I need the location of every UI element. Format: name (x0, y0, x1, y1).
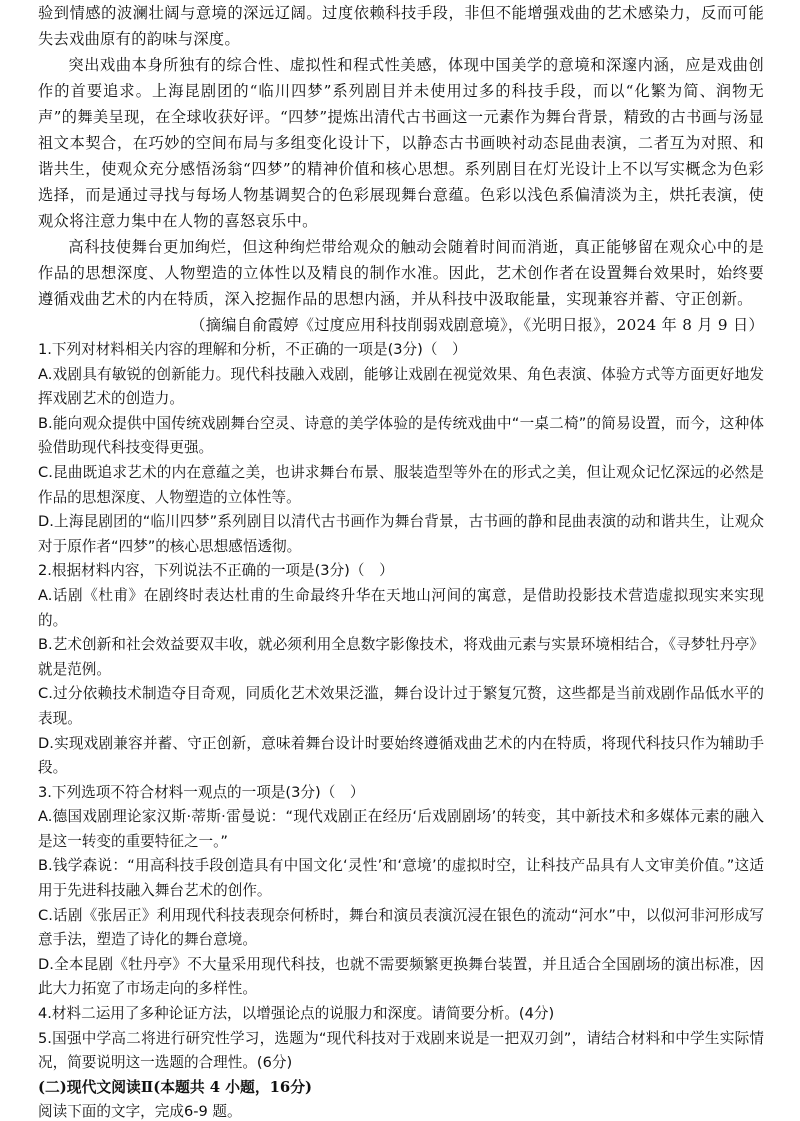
question-option-c: C.过分依赖技术制造夺目奇观，同质化艺术效果泛滥，舞台设计过于繁复冗赘，这些都是… (38, 682, 764, 731)
question-option-b: B.钱学森说：“用高科技手段创造具有中国文化‘灵性’和‘意境’的虚拟时空，让科技… (38, 854, 764, 903)
question-option-d: D.上海昆剧团的“临川四梦”系列剧目以清代古书画作为舞台背景，古书画的静和昆曲表… (38, 510, 764, 559)
question-option-c: C.昆曲既追求艺术的内在意蕴之美，也讲求舞台布景、服装造型等外在的形式之美，但让… (38, 461, 764, 510)
passage-paragraph-3: 高科技使舞台更加绚烂，但这种绚烂带给观众的触动会随着时间而消逝，真正能够留在观众… (38, 234, 764, 312)
passage-citation: （摘编自俞霞婷《过度应用科技削弱戏剧意境》，《光明日报》，2024 年 8 月 … (38, 312, 764, 338)
reading-passage: 验到情感的波澜壮阔与意境的深远辽阔。过度依赖科技手段，非但不能增强戏曲的艺术感染… (38, 0, 764, 312)
question-stem: 1.下列对材料相关内容的理解和分析，不正确的一项是(3分)（ ） (38, 338, 764, 363)
question-2: 2.根据材料内容，下列说法不正确的一项是(3分)（ ） A.话剧《杜甫》在剧终时… (38, 559, 764, 780)
section-heading: (二)现代文阅读Ⅱ(本题共 4 小题，16分) (38, 1076, 764, 1101)
question-option-a: A.戏剧具有敏锐的创新能力。现代科技融入戏剧，能够让戏剧在视觉效果、角色表演、体… (38, 363, 764, 412)
exam-page: 验到情感的波澜壮阔与意境的深远辽阔。过度依赖科技手段，非但不能增强戏曲的艺术感染… (38, 0, 764, 1121)
question-4: 4.材料二运用了多种论证方法，以增强论点的说服力和深度。请简要分析。(4分) (38, 1002, 764, 1027)
question-stem: 2.根据材料内容，下列说法不正确的一项是(3分)（ ） (38, 559, 764, 584)
question-1: 1.下列对材料相关内容的理解和分析，不正确的一项是(3分)（ ） A.戏剧具有敏… (38, 338, 764, 559)
question-list: 1.下列对材料相关内容的理解和分析，不正确的一项是(3分)（ ） A.戏剧具有敏… (38, 338, 764, 1076)
question-5: 5.国强中学高二将进行研究性学习，选题为“现代科技对于戏剧来说是一把双刃剑”，请… (38, 1027, 764, 1076)
question-stem: 5.国强中学高二将进行研究性学习，选题为“现代科技对于戏剧来说是一把双刃剑”，请… (38, 1027, 764, 1076)
question-option-a: A.话剧《杜甫》在剧终时表达杜甫的生命最终升华在天地山河间的寓意，是借助投影技术… (38, 584, 764, 633)
question-option-d: D.全本昆剧《牡丹亭》不大量采用现代科技，也就不需要频繁更换舞台装置，并且适合全… (38, 953, 764, 1002)
question-3: 3.下列选项不符合材料一观点的一项是(3分)（ ） A.德国戏剧理论家汉斯·蒂斯… (38, 781, 764, 1002)
question-option-d: D.实现戏剧兼容并蓄、守正创新，意味着舞台设计时要始终遵循戏曲艺术的内在特质，将… (38, 732, 764, 781)
question-stem: 4.材料二运用了多种论证方法，以增强论点的说服力和深度。请简要分析。(4分) (38, 1002, 764, 1027)
question-option-b: B.艺术创新和社会效益要双丰收，就必须利用全息数字影像技术，将戏曲元素与实景环境… (38, 633, 764, 682)
question-option-a: A.德国戏剧理论家汉斯·蒂斯·雷曼说：“现代戏剧正在经历‘后戏剧剧场’的转变，其… (38, 805, 764, 854)
section-instruction: 阅读下面的文字，完成6-9 题。 (38, 1100, 764, 1121)
question-stem: 3.下列选项不符合材料一观点的一项是(3分)（ ） (38, 781, 764, 806)
question-option-b: B.能向观众提供中国传统戏剧舞台空灵、诗意的美学体验的是传统戏曲中“一桌二椅”的… (38, 412, 764, 461)
passage-paragraph-1: 验到情感的波澜壮阔与意境的深远辽阔。过度依赖科技手段，非但不能增强戏曲的艺术感染… (38, 0, 764, 52)
question-option-c: C.话剧《张居正》利用现代科技表现奈何桥时，舞台和演员表演沉浸在银色的流动“河水… (38, 904, 764, 953)
passage-paragraph-2: 突出戏曲本身所独有的综合性、虚拟性和程式性美感，体现中国美学的意境和深邃内涵，应… (38, 52, 764, 234)
